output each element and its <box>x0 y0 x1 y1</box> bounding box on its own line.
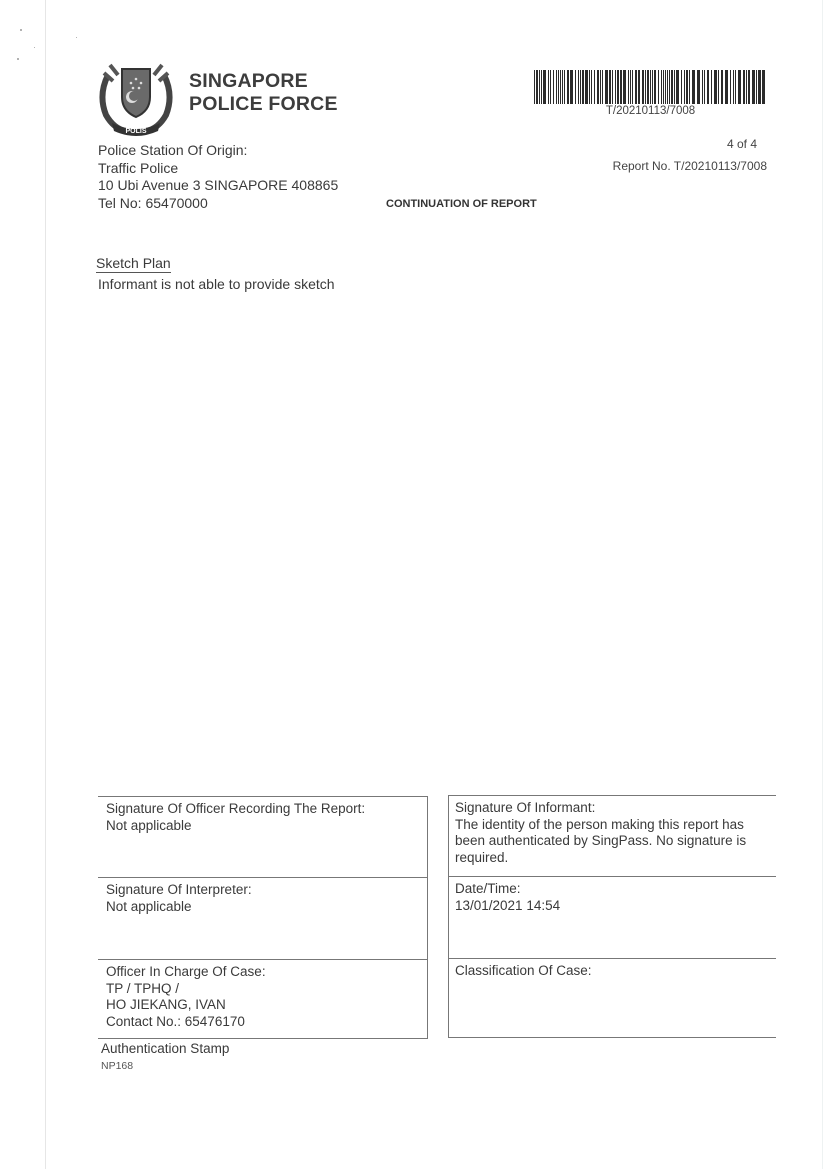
classification-label: Classification Of Case: <box>455 963 768 980</box>
station-name: Traffic Police <box>98 160 338 178</box>
report-number: Report No. T/20210113/7008 <box>613 159 767 173</box>
scan-speck <box>76 37 77 38</box>
datetime-value: 13/01/2021 14:54 <box>455 898 768 915</box>
informant-value: The identity of the person making this r… <box>455 817 768 867</box>
barcode <box>534 70 767 104</box>
officer-in-charge-name: HO JIEKANG, IVAN <box>106 997 419 1014</box>
datetime-box: Date/Time: 13/01/2021 14:54 <box>448 876 776 958</box>
officer-recording-label: Signature Of Officer Recording The Repor… <box>106 801 419 818</box>
datetime-label: Date/Time: <box>455 881 768 898</box>
scan-speck <box>20 29 22 31</box>
station-of-origin: Police Station Of Origin: Traffic Police… <box>98 142 338 212</box>
brand-name: SINGAPORE POLICE FORCE <box>189 70 338 116</box>
page-indicator: 4 of 4 <box>727 137 757 151</box>
station-label: Police Station Of Origin: <box>98 142 338 160</box>
sketch-plan-heading: Sketch Plan <box>96 255 171 273</box>
svg-text:POLIS: POLIS <box>125 128 146 135</box>
interpreter-signature-box: Signature Of Interpreter: Not applicable <box>98 877 428 959</box>
barcode-text: T/20210113/7008 <box>534 105 767 117</box>
interpreter-value: Not applicable <box>106 899 419 916</box>
authentication-stamp-label: Authentication Stamp <box>101 1041 229 1056</box>
brand-line-2: POLICE FORCE <box>189 93 338 116</box>
informant-label: Signature Of Informant: <box>455 800 768 817</box>
police-crest-logo: POLIS <box>96 55 176 139</box>
station-tel: Tel No: 65470000 <box>98 195 338 213</box>
station-address: 10 Ubi Avenue 3 SINGAPORE 408865 <box>98 177 338 195</box>
brand-line-1: SINGAPORE <box>189 70 338 93</box>
scan-edge-right <box>822 0 823 1169</box>
sketch-plan-text: Informant is not able to provide sketch <box>98 276 335 292</box>
officer-in-charge-label: Officer In Charge Of Case: <box>106 964 419 981</box>
officer-in-charge-box: Officer In Charge Of Case: TP / TPHQ / H… <box>98 959 428 1039</box>
officer-recording-value: Not applicable <box>106 818 419 835</box>
interpreter-label: Signature Of Interpreter: <box>106 882 419 899</box>
informant-signature-box: Signature Of Informant: The identity of … <box>448 795 776 876</box>
document-type: CONTINUATION OF REPORT <box>386 198 537 210</box>
signature-column-left: Signature Of Officer Recording The Repor… <box>98 796 428 1039</box>
officer-in-charge-unit: TP / TPHQ / <box>106 981 419 998</box>
scan-speck <box>17 58 19 60</box>
signature-column-right: Signature Of Informant: The identity of … <box>448 795 776 1038</box>
classification-box: Classification Of Case: <box>448 958 776 1038</box>
officer-recording-signature-box: Signature Of Officer Recording The Repor… <box>98 796 428 877</box>
scan-speck <box>34 47 35 48</box>
scan-edge-left <box>45 0 46 1169</box>
form-code: NP168 <box>101 1060 133 1072</box>
officer-in-charge-contact: Contact No.: 65476170 <box>106 1014 419 1031</box>
